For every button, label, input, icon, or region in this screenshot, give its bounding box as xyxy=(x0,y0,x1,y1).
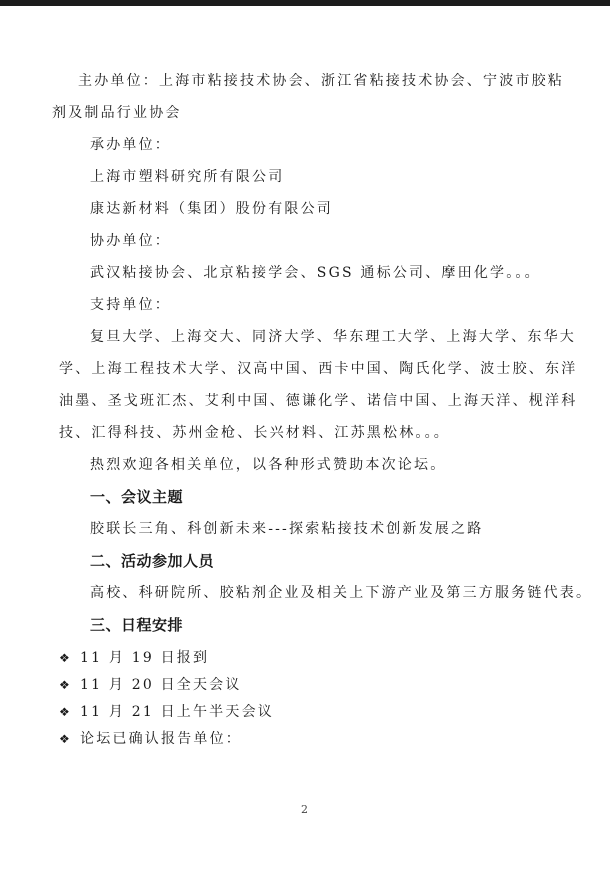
supporters-label: 支持单位： xyxy=(90,296,171,314)
co-organizers-list: 武汉粘接协会、北京粘接学会、SGS 通标公司、摩田化学。。。 xyxy=(90,264,541,282)
welcome-text: 热烈欢迎各相关单位，以各种形式赞助本次论坛。 xyxy=(90,456,446,474)
section-3-heading: 三、日程安排 xyxy=(90,616,183,634)
section-1-body: 胶联长三角、科创新未来---探索粘接技术创新发展之路 xyxy=(90,520,483,538)
diamond-bullet-icon: ❖ xyxy=(59,730,70,748)
organizers-line-1: 主办单位：上海市粘接技术协会、浙江省粘接技术协会、宁波市胶粘 xyxy=(78,72,564,90)
undertaker-1: 上海市塑料研究所有限公司 xyxy=(90,168,284,186)
section-1-heading: 一、会议主题 xyxy=(90,488,183,506)
supporters-line-3: 油墨、圣戈班汇杰、艾利中国、德谦化学、诺信中国、上海天洋、枧洋科 xyxy=(59,392,577,410)
diamond-bullet-icon: ❖ xyxy=(59,703,70,721)
supporters-line-1: 复旦大学、上海交大、同济大学、华东理工大学、上海大学、东华大 xyxy=(90,328,576,346)
schedule-item-2: 11 月 20 日全天会议 xyxy=(80,676,242,694)
organizers-line-2: 剂及制品行业协会 xyxy=(52,104,182,122)
diamond-bullet-icon: ❖ xyxy=(59,649,70,667)
supporters-line-4: 技、汇得科技、苏州金枪、长兴材料、江苏黑松林。。。 xyxy=(59,424,450,442)
supporters-line-2: 学、上海工程技术大学、汉高中国、西卡中国、陶氏化学、波士胶、东洋 xyxy=(59,360,577,378)
undertaker-2: 康达新材料（集团）股份有限公司 xyxy=(90,200,333,218)
schedule-item-1: 11 月 19 日报到 xyxy=(80,649,209,667)
page-number: 2 xyxy=(301,803,308,816)
window-top-bar xyxy=(0,0,610,6)
co-organizers-label: 协办单位： xyxy=(90,232,171,250)
section-2-body: 高校、科研院所、胶粘剂企业及相关上下游产业及第三方服务链代表。 xyxy=(90,584,592,602)
schedule-item-3: 11 月 21 日上午半天会议 xyxy=(80,703,274,721)
schedule-item-4: 论坛已确认报告单位： xyxy=(80,730,242,748)
undertakers-label: 承办单位： xyxy=(90,136,171,154)
diamond-bullet-icon: ❖ xyxy=(59,676,70,694)
section-2-heading: 二、活动参加人员 xyxy=(90,552,214,570)
